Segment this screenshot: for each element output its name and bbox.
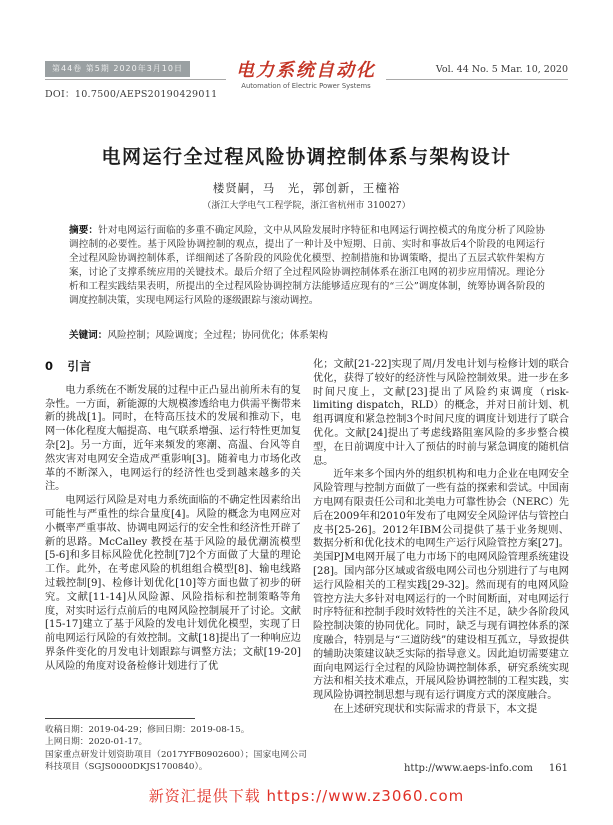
- paragraph: 电力系统在不断发展的过程中正凸显出前所未有的复杂性。一方面，新能源的大规模渗透给…: [45, 384, 301, 494]
- footnote-block: 收稿日期：2019-04-29；修回日期：2019-08-15。 上网日期：20…: [45, 718, 307, 774]
- page-number: 161: [549, 763, 568, 774]
- abstract-text: 针对电网运行面临的多重不确定风险，文中从风险发展时序特征和电网运行调控模式的角度…: [69, 225, 545, 306]
- paragraph: 近年来多个国内外的组织机构和电力企业在电网安全风险管理与控制方面做了一些有益的探…: [313, 468, 569, 703]
- article-authors: 楼贤嗣，马 光，郭创新，王橦裕: [0, 180, 613, 196]
- article-title: 电网运行全过程风险协调控制体系与架构设计: [0, 142, 613, 169]
- left-column: 0引言 电力系统在不断发展的过程中正凸显出前所未有的复杂性。一方面，新能源的大规…: [45, 358, 301, 717]
- keywords-label: 关键词：: [69, 330, 107, 341]
- abstract-block: 摘要：针对电网运行面临的多重不确定风险，文中从风险发展时序特征和电网运行调控模式…: [69, 224, 545, 308]
- body-columns: 0引言 电力系统在不断发展的过程中正凸显出前所未有的复杂性。一方面，新能源的大规…: [45, 358, 569, 717]
- download-watermark: 新资汇提供下载 https://www.z3060.com: [0, 785, 613, 806]
- paper-page: 第44卷 第5期 2020年3月10日 DOI：10.7500/AEPS2019…: [0, 0, 613, 825]
- keywords-text: 风险控制；风险调度；全过程；协同优化；体系架构: [107, 330, 328, 341]
- section-number: 0: [45, 359, 54, 373]
- paragraph: 电网运行风险是对电力系统面临的不确定性因素给出可能性与严重性的综合量度[4]。风…: [45, 494, 301, 673]
- page-footer: http://www.aeps-info.com161: [404, 763, 568, 774]
- journal-logo: 电力系统自动化: [226, 56, 386, 84]
- footnote-online-date: 上网日期：2020-01-17。: [45, 736, 307, 748]
- paragraph: 在上述研究现状和实际需求的背景下，本文提: [313, 703, 569, 717]
- keywords-block: 关键词：风险控制；风险调度；全过程；协同优化；体系架构: [69, 329, 545, 343]
- paragraph: 化；文献[21-22]实现了周/月发电计划与检修计划的联合优化，获得了较好的经济…: [313, 358, 569, 468]
- footnote-rule: [45, 718, 195, 719]
- section-title: 引言: [68, 359, 92, 373]
- footnote-funding: 国家重点研发计划资助项目（2017YFB0902600）；国家电网公司科技项目（…: [45, 749, 307, 774]
- volume-issue-box: 第44卷 第5期 2020年3月10日: [45, 61, 190, 77]
- right-column: 化；文献[21-22]实现了周/月发电计划与检修计划的联合优化，获得了较好的经济…: [313, 358, 569, 717]
- issue-info: Vol. 44 No. 5 Mar. 10, 2020: [436, 64, 568, 75]
- doi-text: DOI：10.7500/AEPS20190429011: [45, 86, 217, 100]
- journal-url: http://www.aeps-info.com: [404, 763, 533, 774]
- section-heading: 0引言: [45, 360, 301, 374]
- footnote-received-date: 收稿日期：2019-04-29；修回日期：2019-08-15。: [45, 724, 307, 736]
- journal-subtitle: Automation of Electric Power Systems: [216, 82, 396, 90]
- abstract-label: 摘要：: [69, 225, 98, 236]
- article-affiliation: （浙江大学电气工程学院，浙江省杭州市 310027）: [0, 198, 613, 211]
